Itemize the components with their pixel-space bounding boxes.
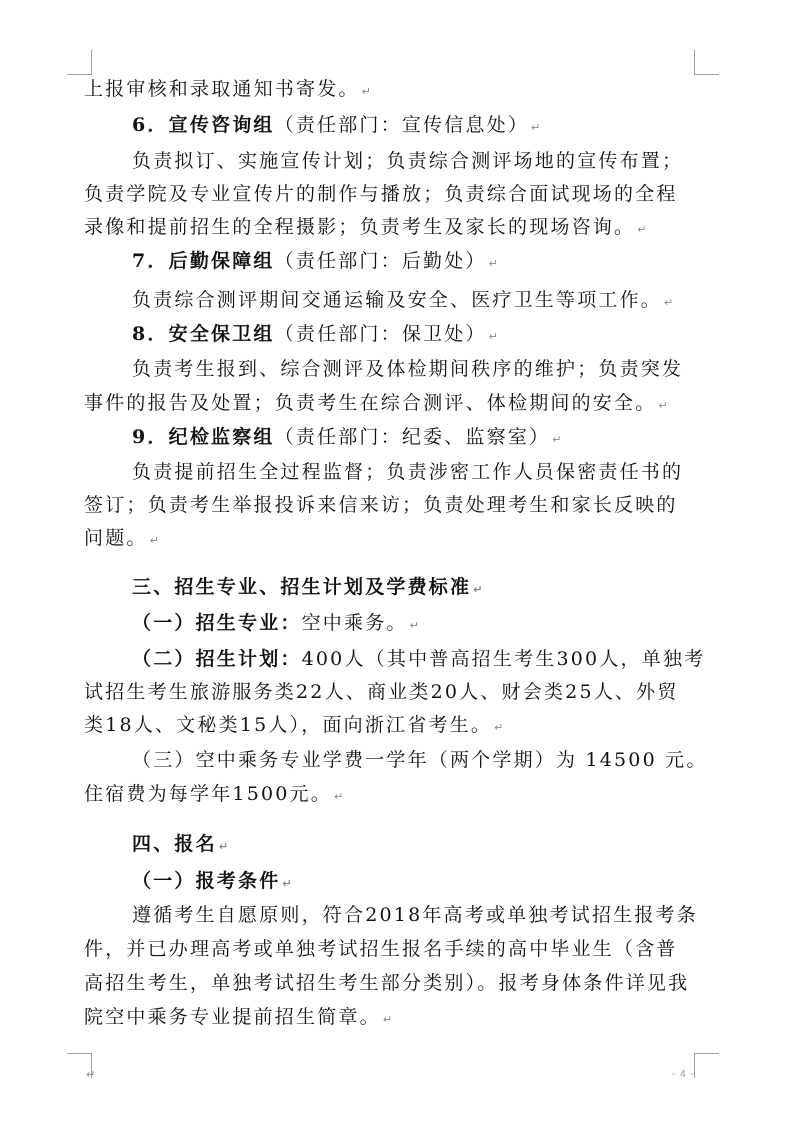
paragraph-line: 负责拟订、实施宣传计划；负责综合测评场地的宣传布置； <box>132 148 683 174</box>
paragraph-mark-icon: ↵ <box>282 877 291 890</box>
section-heading-3: 三、招生专业、招生计划及学费标准↵ <box>132 574 482 603</box>
margin-corner-top-left <box>67 50 92 75</box>
paragraph-mark-icon: ↵ <box>473 583 482 596</box>
section-heading-4: 四、报名↵ <box>132 831 228 860</box>
group-heading-8: 8．安全保卫组（责任部门：保卫处）↵ <box>132 321 498 350</box>
paragraph-line: 类18人、文秘类15人），面向浙江省考生。↵ <box>84 712 503 741</box>
document-page: 上报审核和录取通知书寄发。↵ 6．宣传咨询组（责任部门：宣传信息处）↵ 负责拟订… <box>0 0 787 1134</box>
paragraph-mark-icon: ↵ <box>334 790 343 803</box>
group-heading-6: 6．宣传咨询组（责任部门：宣传信息处）↵ <box>132 112 540 141</box>
paragraph-line: 院空中乘务专业提前招生简章。↵ <box>84 1004 392 1033</box>
paragraph-mark-icon: ↵ <box>150 534 159 547</box>
paragraph-line: 遵循考生自愿原则，符合2018年高考或单独考试招生报考条 <box>132 902 698 928</box>
enrollment-major: （一）招生专业：空中乘务。↵ <box>132 610 419 639</box>
paragraph-line: 试招生考生旅游服务类22人、商业类20人、财会类25人、外贸 <box>84 679 679 705</box>
subsection-heading: （一）报考条件↵ <box>132 868 292 897</box>
paragraph-mark-icon: ↵ <box>489 257 498 270</box>
paragraph-line: 负责考生报到、综合测评及体检期间秩序的维护；负责突发 <box>132 356 683 382</box>
paragraph-mark-icon: ↵ <box>410 619 419 632</box>
group-heading-9: 9．纪检监察组（责任部门：纪委、监察室）↵ <box>132 424 561 453</box>
group-heading-7: 7．后勤保障组（责任部门：后勤处）↵ <box>132 248 498 277</box>
paragraph-line: 问题。↵ <box>84 525 159 554</box>
paragraph-line: 住宿费为每学年1500元。↵ <box>84 781 343 810</box>
paragraph-mark-icon: ↵ <box>658 399 667 412</box>
paragraph-mark-icon: ↵ <box>552 433 561 446</box>
paragraph-mark-icon: ↵ <box>531 121 540 134</box>
paragraph-line: 上报审核和录取通知书寄发。↵ <box>84 76 371 105</box>
page-number: - 4 - <box>672 1069 695 1080</box>
margin-corner-top-right <box>694 50 719 75</box>
enrollment-plan: （二）招生计划：400人（其中普高招生考生300人，单独考 <box>132 646 705 672</box>
paragraph-line: 负责学院及专业宣传片的制作与播放；负责综合面试现场的全程 <box>84 181 678 207</box>
paragraph-mark-icon: ↵ <box>494 721 503 734</box>
paragraph-mark-icon: ↵ <box>664 296 673 309</box>
paragraph-mark-icon: ↵ <box>489 330 498 343</box>
paragraph-mark-icon: ↵ <box>383 1013 392 1026</box>
paragraph-mark-icon: ↵ <box>219 840 228 853</box>
paragraph-line: 录像和提前招生的全程摄影；负责考生及家长的现场咨询。↵ <box>84 214 646 243</box>
footer-paragraph-mark-icon: ↵ <box>86 1068 95 1081</box>
paragraph-line: 事件的报告及处置；负责考生在综合测评、体检期间的安全。↵ <box>84 390 668 419</box>
paragraph-line: 负责提前招生全过程监督；负责涉密工作人员保密责任书的 <box>132 459 683 485</box>
paragraph-line: 负责综合测评期间交通运输及安全、医疗卫生等项工作。↵ <box>132 287 673 316</box>
paragraph-line: 件，并已办理高考或单独考试招生报名手续的高中毕业生（含普 <box>84 936 678 962</box>
paragraph-mark-icon: ↵ <box>637 223 646 236</box>
margin-corner-bottom-right <box>694 1053 719 1078</box>
paragraph-line: 签订；负责考生举报投诉来信来访；负责处理考生和家长反映的 <box>84 492 678 518</box>
tuition-fee: （三）空中乘务专业学费一学年（两个学期）为 14500 元。 <box>132 747 708 773</box>
paragraph-mark-icon: ↵ <box>362 85 371 98</box>
paragraph-line: 高招生考生，单独考试招生考生部分类别）。报考身体条件详见我 <box>84 970 689 996</box>
